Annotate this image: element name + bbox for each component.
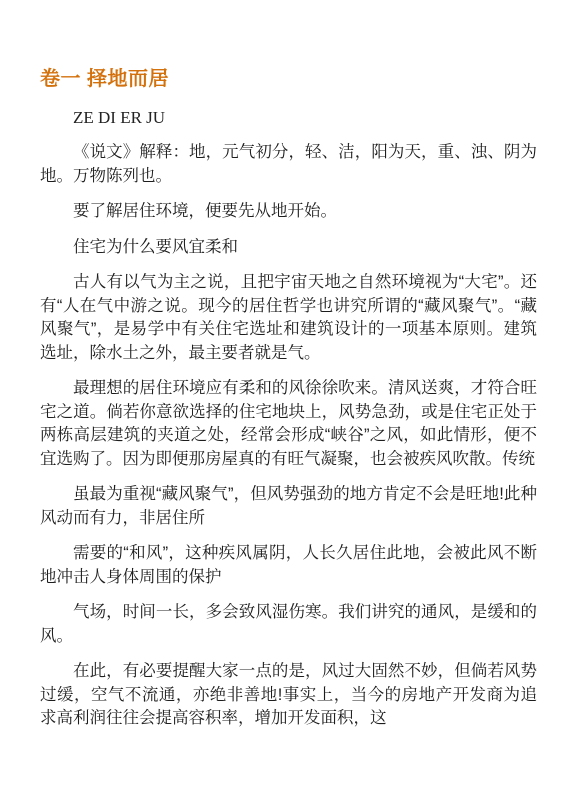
paragraph-qi-field: 气场，时间一长，多会致风湿伤寒。我们讲究的通风，是缓和的风。 [40,601,537,648]
paragraph-strong-wind: 虽最为重视“藏风聚气”，但风势强劲的地方肯定不会是旺地!此种风动而有力，非居住所 [40,483,537,530]
paragraph-section-question: 住宅为什么要风宜柔和 [40,236,537,260]
paragraph-qi-theory: 古人有以气为主之说，且把宇宙天地之自然环境视为“大宅”。还有“人在气中游之说。现… [40,271,537,365]
paragraph-ideal-environment: 最理想的居住环境应有柔和的风徐徐吹来。清风送爽，才符合旺宅之道。倘若你意欲选择的… [40,377,537,471]
book-page: 卷一 择地而居 ZE DI ER JU 《说文》解释：地，元气初分，轻、洁，阳为… [0,0,577,811]
paragraph-reminder: 在此，有必要提醒大家一点的是，风过大固然不妙，但倘若风势过缓，空气不流通，亦绝非… [40,660,537,731]
paragraph-gentle-wind: 需要的“和风”，这种疾风属阴，人长久居住此地，会被此风不断地冲击人身体周围的保护 [40,542,537,589]
paragraph-shuowen-definition: 《说文》解释：地，元气初分，轻、洁，阳为天，重、浊、阴为地。万物陈列也。 [40,141,537,188]
pinyin-subtitle: ZE DI ER JU [40,107,537,129]
chapter-heading: 卷一 择地而居 [40,67,537,91]
paragraph-intro: 要了解居住环境，便要先从地开始。 [40,200,537,224]
